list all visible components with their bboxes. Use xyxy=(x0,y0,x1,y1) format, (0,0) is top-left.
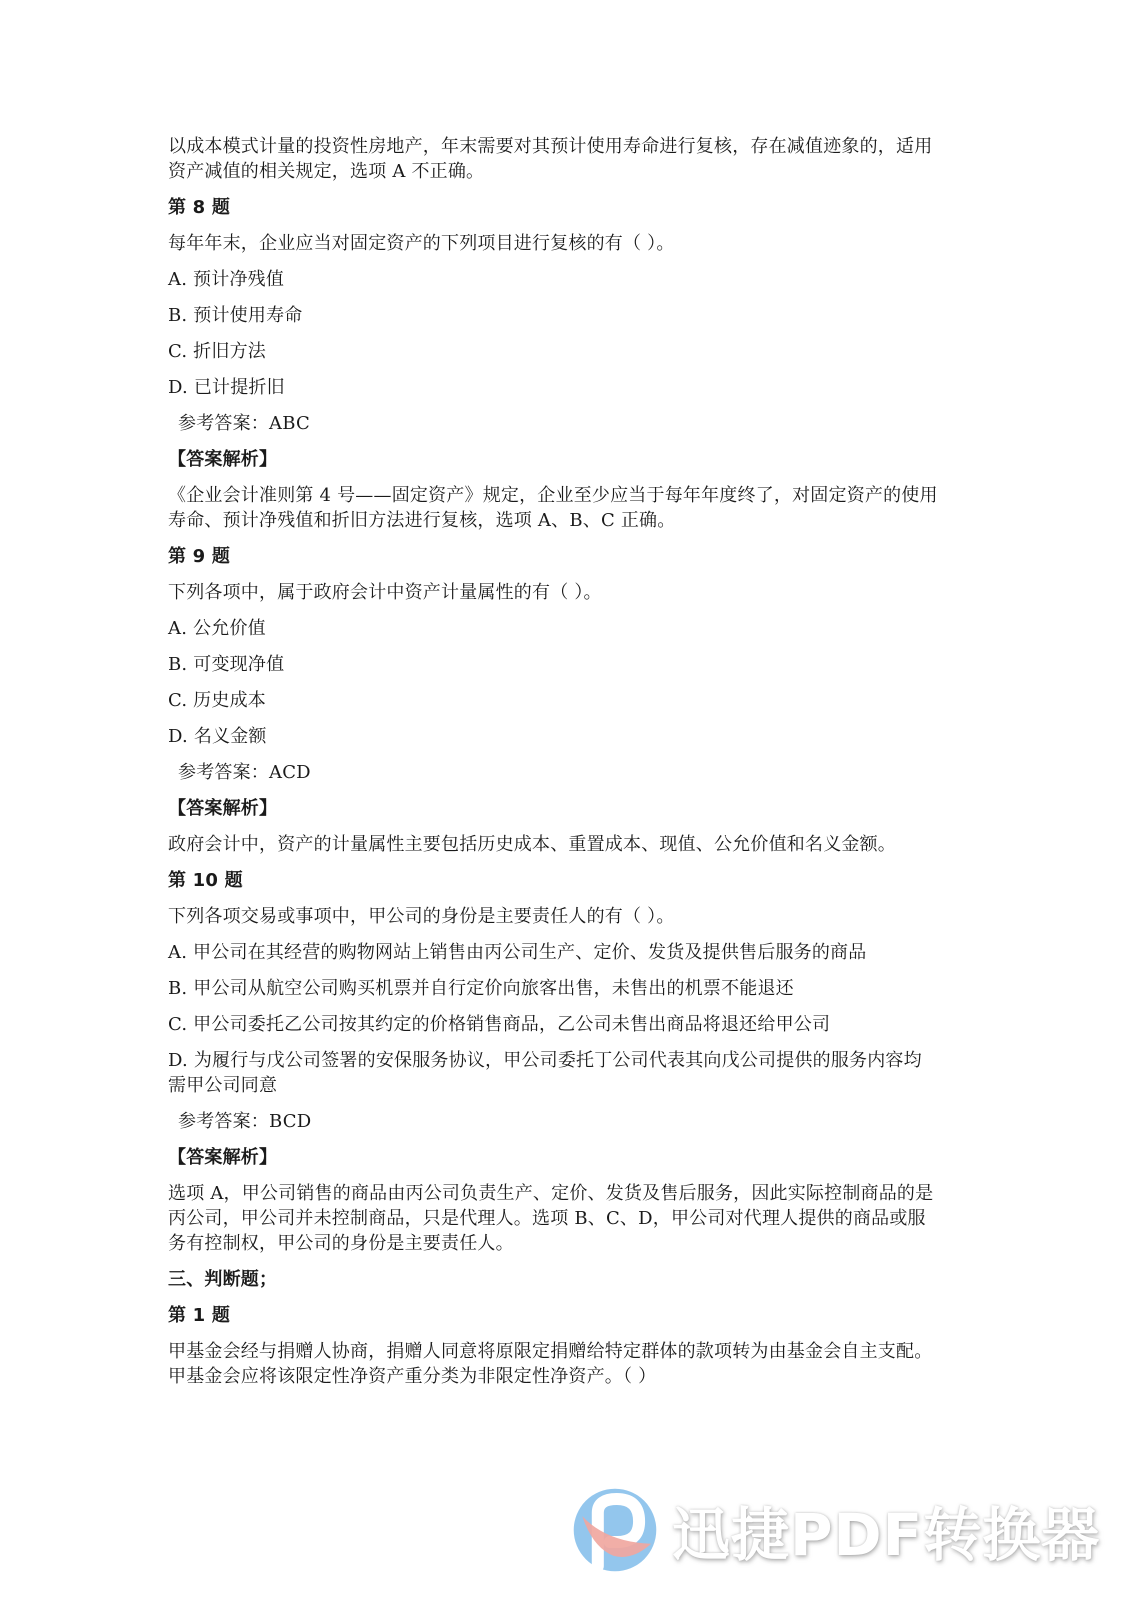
option-10c: C. 甲公司委托乙公司按其约定的价格销售商品，乙公司未售出商品将退还给甲公司 xyxy=(168,1012,938,1037)
analysis-label-9: 【答案解析】 xyxy=(168,796,938,821)
document-page: 以成本模式计量的投资性房地产，年末需要对其预计使用寿命进行复核，存在减值迹象的，… xyxy=(168,134,938,1400)
option-9d: D. 名义金额 xyxy=(168,724,938,749)
option-10d: D. 为履行与戊公司签署的安保服务协议，甲公司委托丁公司代表其向戊公司提供的服务… xyxy=(168,1048,938,1098)
option-10b: B. 甲公司从航空公司购买机票并自行定价向旅客出售，未售出的机票不能退还 xyxy=(168,976,938,1001)
watermark: 迅捷PDF转换器 xyxy=(572,1480,1092,1580)
reference-answer-10: 参考答案：BCD xyxy=(168,1109,938,1134)
option-8d: D. 已计提折旧 xyxy=(168,375,938,400)
analysis-text-8: 《企业会计准则第 4 号——固定资产》规定，企业至少应当于每年年度终了，对固定资… xyxy=(168,483,938,533)
question-heading-tf1: 第 1 题 xyxy=(168,1303,938,1328)
question-heading-9: 第 9 题 xyxy=(168,544,938,569)
question-stem-tf1: 甲基金会经与捐赠人协商，捐赠人同意将原限定捐赠给特定群体的款项转为由基金会自主支… xyxy=(168,1339,938,1389)
option-8c: C. 折旧方法 xyxy=(168,339,938,364)
question-heading-10: 第 10 题 xyxy=(168,868,938,893)
question-stem-8: 每年年末，企业应当对固定资产的下列项目进行复核的有（ ）。 xyxy=(168,231,938,256)
option-9c: C. 历史成本 xyxy=(168,688,938,713)
question-heading-8: 第 8 题 xyxy=(168,195,938,220)
question-stem-9: 下列各项中，属于政府会计中资产计量属性的有（ ）。 xyxy=(168,580,938,605)
option-9a: A. 公允价值 xyxy=(168,616,938,641)
option-8a: A. 预计净残值 xyxy=(168,267,938,292)
analysis-text-9: 政府会计中，资产的计量属性主要包括历史成本、重置成本、现值、公允价值和名义金额。 xyxy=(168,832,938,857)
analysis-label-10: 【答案解析】 xyxy=(168,1145,938,1170)
analysis-text-10: 选项 A，甲公司销售的商品由丙公司负责生产、定价、发货及售后服务，因此实际控制商… xyxy=(168,1181,938,1256)
reference-answer-9: 参考答案：ACD xyxy=(168,760,938,785)
watermark-text: 迅捷PDF转换器 xyxy=(672,1488,1100,1572)
analysis-text-q7: 以成本模式计量的投资性房地产，年末需要对其预计使用寿命进行复核，存在减值迹象的，… xyxy=(168,134,938,184)
reference-answer-8: 参考答案：ABC xyxy=(168,411,938,436)
xunjie-pdf-logo-icon xyxy=(572,1487,658,1573)
option-10a: A. 甲公司在其经营的购物网站上销售由丙公司生产、定价、发货及提供售后服务的商品 xyxy=(168,940,938,965)
option-8b: B. 预计使用寿命 xyxy=(168,303,938,328)
section-heading-true-false: 三、判断题； xyxy=(168,1267,938,1292)
option-9b: B. 可变现净值 xyxy=(168,652,938,677)
analysis-label-8: 【答案解析】 xyxy=(168,447,938,472)
question-stem-10: 下列各项交易或事项中，甲公司的身份是主要责任人的有（ ）。 xyxy=(168,904,938,929)
